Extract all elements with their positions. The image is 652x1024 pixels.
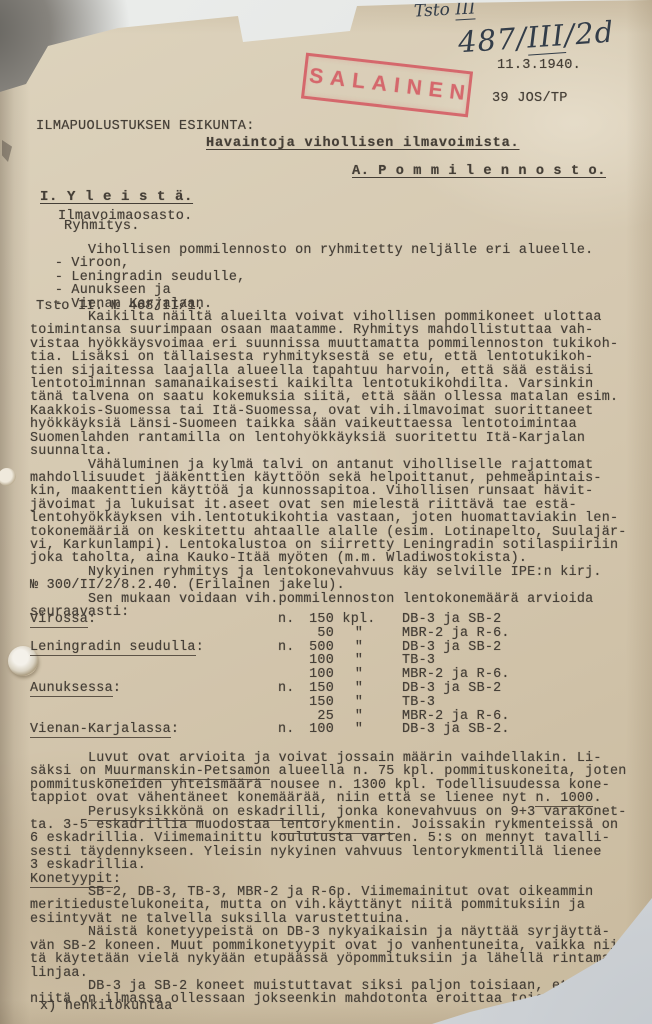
- salainen-secret-stamp: SALAINEN: [301, 53, 473, 118]
- table-row: Aunuksessa:n.150"DB-3 ja SB-2: [30, 682, 646, 696]
- document-subtitle: A. P o m m i l e n n o s t o.: [352, 165, 606, 178]
- handwritten-reference-number: 487/III/2d: [457, 15, 615, 60]
- document-title: Havaintoja vihollisen ilmavoimista.: [206, 137, 520, 150]
- aircraft-strength-table: Virossa:n.150kpl.DB-3 ja SB-250"MBR-2 ja…: [30, 613, 646, 737]
- table-row: 100"MBR-2 ja R-6.: [30, 668, 646, 682]
- body-text-part1: Vihollisen pommilennosto on ryhmitetty n…: [30, 244, 646, 619]
- footnote: x) henkilökuntaa: [40, 1000, 173, 1013]
- document-paper: ILMAPUOLUSTUKSEN ESIKUNTA: Ilmavoimaosas…: [0, 0, 652, 1024]
- table-row: Virossa:n.150kpl.DB-3 ja SB-2: [30, 613, 646, 627]
- section-heading: I. Y l e i s t ä.: [40, 191, 193, 204]
- ink-smudge: [2, 140, 12, 162]
- table-row: Vienan-Karjalassa:n.100"DB-3 ja SB-2.: [30, 723, 646, 737]
- table-row: 25"MBR-2 ja R-6.: [30, 710, 646, 724]
- document-date: 11.3.1940.: [497, 59, 581, 72]
- punch-hole-top: [0, 468, 16, 486]
- stamp-label: SALAINEN: [301, 63, 473, 106]
- photographed-document-scene: ILMAPUOLUSTUKSEN ESIKUNTA: Ilmavoimaosas…: [0, 0, 652, 1024]
- journal-reference: 39 JOS/TP: [492, 92, 568, 105]
- table-row: 150"TB-3: [30, 696, 646, 710]
- table-row: 100"TB-3: [30, 654, 646, 668]
- table-row: 50"MBR-2 ja R-6.: [30, 627, 646, 641]
- subsection-heading: Ryhmitys.: [64, 220, 140, 233]
- handwritten-office-note: Tsto III: [414, 0, 476, 22]
- table-row: Leningradin seudulla:n.500"DB-3 ja SB-2: [30, 641, 646, 655]
- body-text-part2: Luvut ovat arvioita ja voivat jossain mä…: [30, 752, 646, 1007]
